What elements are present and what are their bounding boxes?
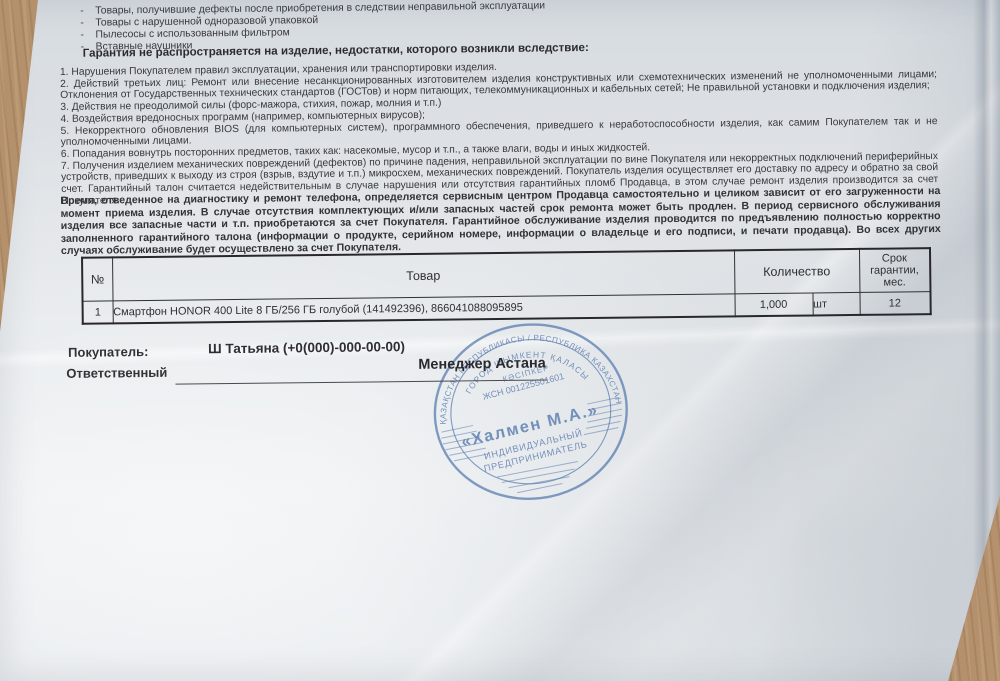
- col-header-quantity: Количество: [734, 249, 860, 294]
- service-terms-paragraph: Время, отведенное на диагностику и ремон…: [60, 185, 941, 257]
- bullet-dash: -: [78, 6, 95, 18]
- warranty-clauses: 1. Нарушения Покупателем правил эксплуат…: [60, 57, 939, 207]
- goods-table: № Товар Количество Срок гарантии, мес. 1…: [81, 247, 932, 325]
- responsible-value: Менеджер Астана: [418, 355, 546, 372]
- company-stamp: ҚАЗАҚСТАН РЕСПУБЛИКАСЫ / РЕСПУБЛИКА КАЗА…: [420, 310, 642, 514]
- bullet-dash: -: [78, 30, 95, 42]
- col-header-num: №: [82, 257, 112, 301]
- excluded-item-text: Пылесосы с использованным фильтром: [95, 27, 289, 40]
- buyer-value: Ш Татьяна (+0(000)-000-00-00): [208, 339, 405, 356]
- stamp-texts: ҚАЗАҚСТАН РЕСПУБЛИКАСЫ / РЕСПУБЛИКА КАЗА…: [430, 323, 630, 478]
- cell-warranty-months: 12: [859, 292, 930, 315]
- responsible-label: Ответственный: [66, 365, 167, 381]
- cell-quantity: 1,000: [734, 293, 812, 316]
- col-header-warranty: Срок гарантии, мес.: [859, 248, 930, 292]
- cell-unit: шт: [812, 292, 859, 315]
- stamp-rings: [425, 314, 636, 509]
- col-header-product: Товар: [112, 250, 734, 301]
- goods-table-wrapper: № Товар Количество Срок гарантии, мес. 1…: [81, 247, 932, 325]
- buyer-label: Покупатель:: [68, 344, 148, 360]
- bullet-dash: -: [78, 18, 95, 30]
- cell-row-number: 1: [83, 301, 113, 324]
- document-content: -Товары, получившие дефекты после приобр…: [0, 0, 1000, 681]
